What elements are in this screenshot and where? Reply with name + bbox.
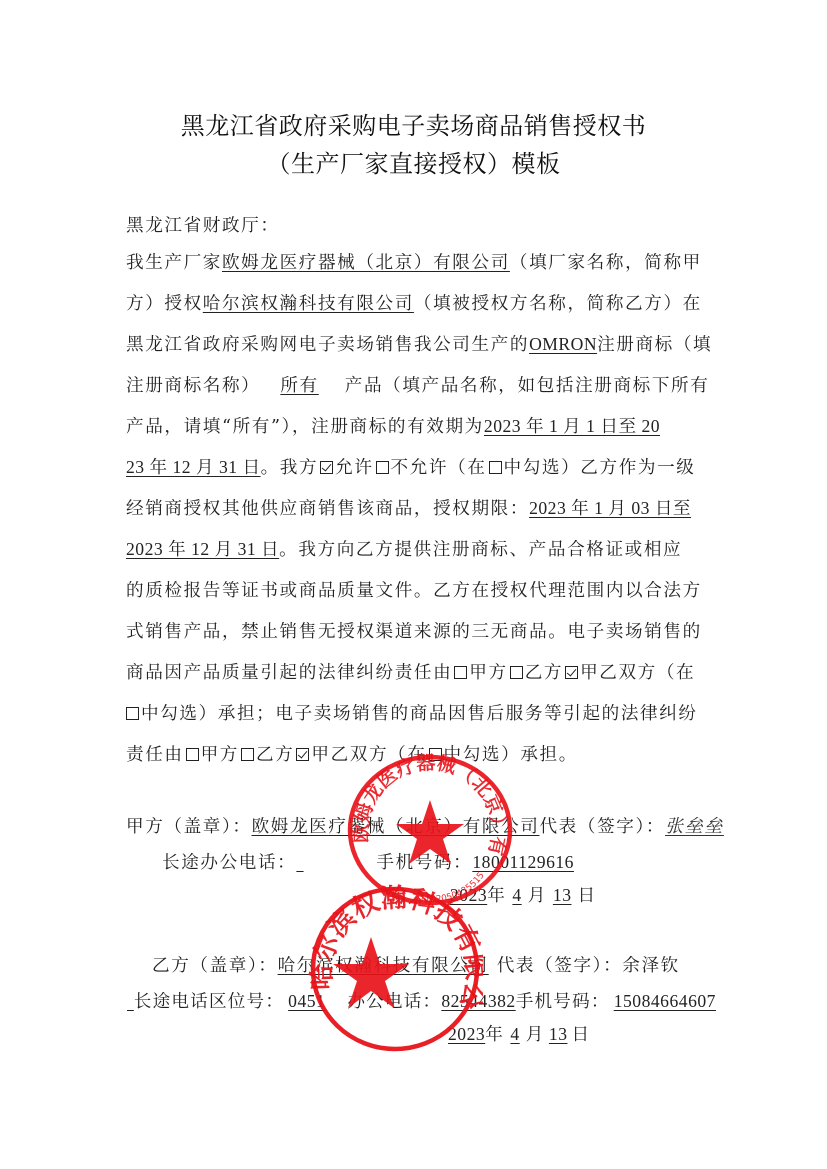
party-b-line: 乙方（盖章）：哈尔滨权瀚科技有限公司代表（签字）：余泽钦 — [152, 952, 680, 977]
party-b-office-phone: 82544382 — [441, 991, 515, 1011]
both-parties-label: 甲乙双方 — [580, 663, 657, 683]
manufacturer-name: 欧姆龙医疗器械（北京）有限公司 — [222, 253, 510, 273]
body-line-12: 中勾选）承担；电子卖场销售的商品因售后服务等引起的法律纠纷 — [126, 700, 698, 725]
mobile-label: 手机号码： — [516, 992, 610, 1012]
party-a-seal-label: 甲方（盖章）： — [126, 817, 252, 837]
phone-label: 长途办公电话： — [162, 853, 296, 873]
day-label: 日 — [577, 886, 596, 906]
text: （在 — [448, 458, 486, 478]
text: 中勾选）乙方作为一级 — [504, 458, 696, 478]
auth-period-start: 2023 年 1 月 03 日至 — [529, 498, 691, 518]
body-line-10: 式销售产品，禁止销售无授权渠道来源的三无商品。电子卖场销售的 — [126, 618, 702, 643]
party-b-rep-label: 代表（签字）： — [497, 956, 623, 976]
party-b-year: 2023 — [438, 1024, 485, 1044]
text: 。我方向乙方提供注册商标、产品合格证或相应 — [279, 540, 682, 560]
body-line-6: 23 年 12 月 31 日。我方允许不允许（在中勾选）乙方作为一级 — [126, 454, 695, 479]
party-a-phone-line: 长途办公电话： 手机号码：18001129616 — [162, 849, 574, 874]
auth-period-end: 2023 年 12 月 31 日 — [126, 539, 279, 559]
party-a-company: 欧姆龙医疗器械（北京）有限公司 — [252, 817, 540, 837]
year-label: 年 — [487, 886, 506, 906]
area-code-label: 长途电话区位号： — [134, 992, 284, 1012]
body-line-13: 责任由甲方乙方甲乙双方（在中勾选）承担。 — [126, 741, 578, 766]
document-title-line1: 黑龙江省政府采购电子卖场商品销售授权书 — [0, 106, 827, 141]
month-label: 月 — [528, 886, 547, 906]
party-b-mobile: 15084664607 — [610, 991, 716, 1011]
text: （在 — [657, 663, 695, 683]
text: 责任由 — [126, 745, 184, 765]
service-party-b-checkbox[interactable] — [241, 748, 254, 761]
trademark-validity-start: 2023 年 1 月 1 日至 20 — [484, 416, 660, 436]
party-a-day: 13 — [547, 885, 578, 905]
party-a-office-phone — [296, 853, 376, 873]
party-a-month: 4 — [506, 885, 527, 905]
text: 经销商授权其他供应商销售该商品，授权期限： — [126, 499, 529, 519]
party-b-date: 2023年4月13日 — [438, 1021, 591, 1046]
text: 方）授权 — [126, 294, 203, 314]
service-both-checkbox[interactable] — [296, 748, 309, 761]
underscore — [127, 992, 134, 1012]
party-b-seal-label: 乙方（盖章）： — [152, 956, 278, 976]
party-a-signature: 张垒垒 — [665, 816, 724, 837]
party-a-rep-label: 代表（签字）： — [539, 817, 665, 837]
party-b-day: 13 — [545, 1024, 572, 1044]
text: 我生产厂家 — [126, 253, 222, 273]
party-a-label: 甲方 — [201, 745, 239, 765]
body-line-8: 2023 年 12 月 31 日。我方向乙方提供注册商标、产品合格证或相应 — [126, 536, 682, 561]
allow-checkbox[interactable] — [320, 461, 333, 474]
example-checkbox — [126, 707, 139, 720]
party-a-label: 甲方 — [469, 663, 507, 683]
svg-text:欧姆龙医疗器械（北京）有限公司: 欧姆龙医疗器械（北京）有限公司 — [340, 752, 511, 858]
party-b-area-code: 0451 — [284, 991, 347, 1011]
body-line-1: 我生产厂家欧姆龙医疗器械（北京）有限公司（填厂家名称，简称甲 — [126, 249, 702, 274]
product-scope: 所有 — [260, 376, 344, 396]
party-b-label: 乙方 — [256, 745, 294, 765]
party-a-year: 2023 — [440, 885, 487, 905]
body-line-7: 经销商授权其他供应商销售该商品，授权期限：2023 年 1 月 03 日至 — [126, 495, 691, 520]
body-line-4: 注册商标名称）所有产品（填产品名称，如包括注册商标下所有 — [126, 372, 709, 397]
text: （填厂家名称，简称甲 — [510, 253, 702, 273]
text: 。我方 — [261, 458, 319, 478]
body-line-9: 的质检报告等证书或商品质量文件。乙方在授权代理范围内以合法方 — [126, 577, 702, 602]
text: （填被授权方名称，简称乙方）在 — [414, 294, 702, 314]
text: 产品，请填“所有”），注册商标的有效期为 — [126, 417, 484, 437]
disallow-label: 不允许 — [391, 458, 449, 478]
quality-party-b-checkbox[interactable] — [510, 666, 523, 679]
example-checkbox — [489, 461, 502, 474]
party-a-seal-text: 欧姆龙医疗器械（北京）有限公司 — [340, 752, 511, 858]
party-a-line: 甲方（盖章）：欧姆龙医疗器械（北京）有限公司代表（签字）：张垒垒 — [126, 812, 724, 838]
both-parties-label: 甲乙双方 — [311, 745, 388, 765]
body-line-2: 方）授权哈尔滨权瀚科技有限公司（填被授权方名称，简称乙方）在 — [126, 290, 702, 315]
text: 中勾选）承担；电子卖场销售的商品因售后服务等引起的法律纠纷 — [141, 704, 698, 724]
text: 注册商标名称） — [126, 376, 260, 396]
party-a-mobile: 18001129616 — [472, 852, 574, 872]
quality-both-checkbox[interactable] — [565, 666, 578, 679]
trademark-name: OMRON — [529, 334, 597, 354]
body-line-3: 黑龙江省政府采购网电子卖场销售我公司生产的OMRON注册商标（填 — [126, 331, 712, 356]
body-line-5: 产品，请填“所有”），注册商标的有效期为2023 年 1 月 1 日至 20 — [126, 413, 660, 438]
office-phone-label: 办公电话： — [347, 992, 441, 1012]
example-checkbox — [429, 748, 442, 761]
authorized-party-name: 哈尔滨权瀚科技有限公司 — [203, 294, 414, 314]
document-page: 黑龙江省政府采购电子卖场商品销售授权书 （生产厂家直接授权）模板 黑龙江省财政厅… — [0, 0, 827, 1169]
text: 商品因产品质量引起的法律纠纷责任由 — [126, 663, 452, 683]
service-party-a-checkbox[interactable] — [186, 748, 199, 761]
party-b-company: 哈尔滨权瀚科技有限公司 — [278, 956, 497, 976]
text: 产品（填产品名称，如包括注册商标下所有 — [345, 376, 710, 396]
text: 注册商标（填 — [597, 335, 712, 355]
party-b-representative: 余泽钦 — [622, 956, 680, 976]
body-line-11: 商品因产品质量引起的法律纠纷责任由甲方乙方甲乙双方（在 — [126, 659, 695, 684]
party-a-date: 2023年4月13日 — [440, 882, 597, 907]
quality-party-a-checkbox[interactable] — [454, 666, 467, 679]
mobile-label: 手机号码： — [376, 853, 472, 873]
trademark-validity-end: 23 年 12 月 31 日 — [126, 457, 261, 477]
disallow-checkbox[interactable] — [376, 461, 389, 474]
party-b-phone-line: 长途电话区位号：0451办公电话：82544382手机号码：1508466460… — [127, 988, 716, 1013]
allow-label: 允许 — [335, 458, 373, 478]
year-label: 年 — [485, 1025, 504, 1045]
text: 黑龙江省政府采购网电子卖场销售我公司生产的 — [126, 335, 529, 355]
party-b-label: 乙方 — [525, 663, 563, 683]
text: 中勾选）承担。 — [444, 745, 578, 765]
month-label: 月 — [526, 1025, 545, 1045]
addressee: 黑龙江省财政厅： — [126, 212, 280, 237]
party-b-month: 4 — [504, 1024, 525, 1044]
text: （在 — [388, 745, 426, 765]
day-label: 日 — [571, 1025, 590, 1045]
document-title-line2: （生产厂家直接授权）模板 — [0, 144, 827, 179]
